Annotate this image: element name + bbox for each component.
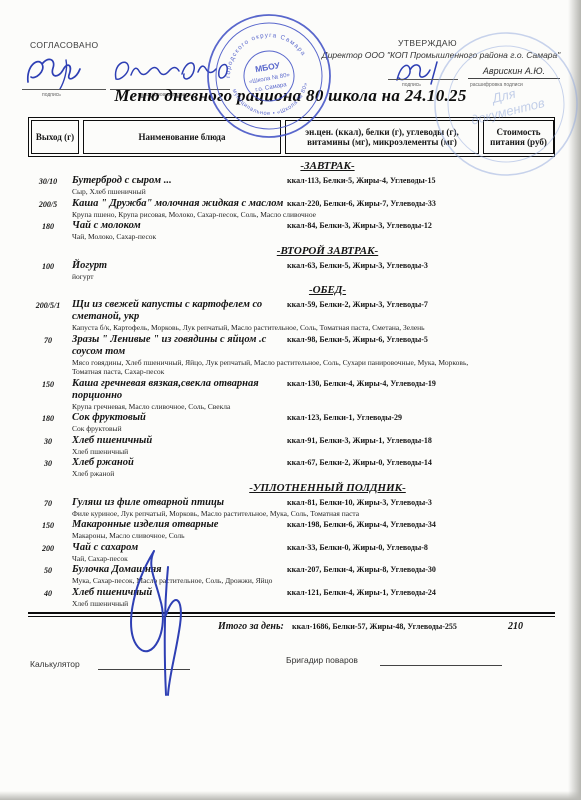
row-nutrition: ккал-123, Белки-1, Углеводы-29 xyxy=(287,413,551,423)
menu-row: 180 Сок фруктовый ккал-123, Белки-1, Угл… xyxy=(28,412,555,434)
menu-document: Выход (г) Наименование блюда эн.цен. (кк… xyxy=(28,117,555,701)
row-dish-name: Бутерброд с сыром ... xyxy=(72,175,284,187)
menu-row: 150 Каша гречневая вязкая,свекла отварна… xyxy=(28,378,555,412)
menu-row: 70 Зразы " Ленивые " из говядины с яйцом… xyxy=(28,334,555,377)
agreed-label: СОГЛАСОВАНО xyxy=(30,40,99,50)
menu-row: 180 Чай с молоком ккал-84, Белки-3, Жиры… xyxy=(28,220,555,242)
section-title: -ОБЕД- xyxy=(28,284,555,297)
row-output: 30 xyxy=(28,459,68,468)
svg-text:муниципальное • «Школа № 80»: муниципальное • «Школа № 80» xyxy=(230,76,314,124)
total-value: ккал-1686, Белки-57, Жиры-48, Углеводы-2… xyxy=(292,622,457,631)
row-output: 100 xyxy=(28,262,68,271)
row-nutrition: ккал-121, Белки-4, Жиры-1, Углеводы-24 xyxy=(287,588,551,598)
brigadier-sign-line xyxy=(380,665,502,666)
row-output: 30 xyxy=(28,437,68,446)
row-dish-name: Гуляш из филе отварной птицы xyxy=(72,497,284,509)
row-nutrition: ккал-33, Белки-0, Жиры-0, Углеводы-8 xyxy=(287,543,551,553)
stamp-center-city: г.о. Самара xyxy=(255,82,288,94)
row-ingredients: Мясо говядины, Хлеб пшеничный, Яйцо, Лук… xyxy=(72,358,474,377)
row-output: 200/5/1 xyxy=(28,301,68,310)
row-output: 50 xyxy=(28,566,68,575)
scanned-menu-page: СОГЛАСОВАНО подпись расшифровка подписи … xyxy=(0,0,581,800)
row-output: 70 xyxy=(28,499,68,508)
row-ingredients: Чай, Молоко, Сахар-песок xyxy=(72,232,474,242)
row-ingredients: йогурт xyxy=(72,272,474,282)
menu-row: 30 Хлеб пшеничный ккал-91, Белки-3, Жиры… xyxy=(28,435,555,457)
row-nutrition: ккал-220, Белки-6, Жиры-7, Углеводы-33 xyxy=(287,199,551,209)
footer-signatures: Калькулятор Бригадир поваров xyxy=(28,653,555,701)
row-ingredients: Крупа пшено, Крупа рисовая, Молоко, Саха… xyxy=(72,210,474,220)
row-ingredients: Макароны, Масло сливочное, Соль xyxy=(72,531,474,541)
total-label: Итого за день: xyxy=(218,621,284,632)
row-nutrition: ккал-81, Белки-10, Жиры-3, Углеводы-3 xyxy=(287,498,551,508)
row-dish-name: Хлеб ржаной xyxy=(72,457,284,469)
row-output: 70 xyxy=(28,336,68,345)
row-nutrition: ккал-59, Белки-2, Жиры-3, Углеводы-7 xyxy=(287,300,551,310)
row-dish-name: Щи из свежей капусты с картофелем со сме… xyxy=(72,299,284,323)
row-ingredients: Хлеб ржаной xyxy=(72,469,474,479)
row-output: 180 xyxy=(28,414,68,423)
row-dish-name: Макаронные изделия отварные xyxy=(72,519,284,531)
menu-body: -ЗАВТРАК- 30/10 Бутерброд с сыром ... кк… xyxy=(28,160,555,608)
menu-row: 150 Макаронные изделия отварные ккал-198… xyxy=(28,519,555,541)
row-ingredients: Крупа гречневая, Масло сливочное, Соль, … xyxy=(72,402,474,412)
row-nutrition: ккал-63, Белки-5, Жиры-3, Углеводы-3 xyxy=(287,261,551,271)
row-dish-name: Каша " Дружба" молочная жидкая с маслом xyxy=(72,198,284,210)
row-nutrition: ккал-130, Белки-4, Жиры-4, Углеводы-19 xyxy=(287,379,551,389)
row-nutrition: ккал-198, Белки-6, Жиры-4, Углеводы-34 xyxy=(287,520,551,530)
section-title: -ВТОРОЙ ЗАВТРАК- xyxy=(28,245,555,258)
row-dish-name: Чай с молоком xyxy=(72,220,284,232)
row-ingredients: Сок фруктовый xyxy=(72,424,474,434)
row-output: 30/10 xyxy=(28,177,68,186)
row-dish-name: Каша гречневая вязкая,свекла отварная по… xyxy=(72,378,284,402)
total-separator-line xyxy=(28,612,555,617)
calculator-signature-image xyxy=(118,545,198,715)
col-header-output: Выход (г) xyxy=(31,120,79,154)
row-output: 150 xyxy=(28,380,68,389)
stamp-center-org: МБОУ xyxy=(254,60,281,74)
row-nutrition: ккал-67, Белки-2, Жиры-0, Углеводы-14 xyxy=(287,458,551,468)
row-output: 40 xyxy=(28,589,68,598)
row-nutrition: ккал-84, Белки-3, Жиры-3, Углеводы-12 xyxy=(287,221,551,231)
row-dish-name: Хлеб пшеничный xyxy=(72,435,284,447)
stamp-ring-bottom-text: муниципальное • «Школа № 80» xyxy=(230,76,314,124)
row-dish-name: Йогурт xyxy=(72,260,284,272)
row-output: 200 xyxy=(28,544,68,553)
menu-row: 200/5 Каша " Дружба" молочная жидкая с м… xyxy=(28,198,555,220)
row-ingredients: Филе куриное, Лук репчатый, Морковь, Мас… xyxy=(72,509,474,519)
row-ingredients: Сыр, Хлеб пшеничный xyxy=(72,187,474,197)
row-ingredients: Капуста б/к, Картофель, Морковь, Лук реп… xyxy=(72,323,474,333)
menu-row: 70 Гуляш из филе отварной птицы ккал-81,… xyxy=(28,497,555,519)
menu-row: 50 Булочка Домашняя ккал-207, Белки-4, Ж… xyxy=(28,564,555,586)
menu-row: 200 Чай с сахаром ккал-33, Белки-0, Жиры… xyxy=(28,542,555,564)
row-nutrition: ккал-91, Белки-3, Жиры-1, Углеводы-18 xyxy=(287,436,551,446)
total-cost: 210 xyxy=(508,621,523,632)
row-output: 200/5 xyxy=(28,200,68,209)
school-round-stamp: городского округа Самара муниципальное •… xyxy=(193,0,346,152)
menu-row: 100 Йогурт ккал-63, Белки-5, Жиры-3, Угл… xyxy=(28,260,555,282)
row-output: 150 xyxy=(28,521,68,530)
row-output: 180 xyxy=(28,222,68,231)
row-nutrition: ккал-207, Белки-4, Жиры-8, Углеводы-30 xyxy=(287,565,551,575)
row-ingredients: Хлеб пшеничный xyxy=(72,447,474,457)
calculator-label: Калькулятор xyxy=(30,659,80,669)
brigadier-label: Бригадир поваров xyxy=(286,655,358,665)
total-row: Итого за день: ккал-1686, Белки-57, Жиры… xyxy=(28,621,555,639)
page-edge-bottom xyxy=(0,791,581,800)
section-title: -УПЛОТНЕННЫЙ ПОЛДНИК- xyxy=(28,482,555,495)
menu-row: 200/5/1 Щи из свежей капусты с картофеле… xyxy=(28,299,555,333)
row-dish-name: Зразы " Ленивые " из говядины с яйцом .с… xyxy=(72,334,284,358)
menu-row: 30 Хлеб ржаной ккал-67, Белки-2, Жиры-0,… xyxy=(28,457,555,479)
menu-row: 40 Хлеб пшеничный ккал-121, Белки-4, Жир… xyxy=(28,587,555,609)
row-nutrition: ккал-98, Белки-5, Жиры-6, Углеводы-5 xyxy=(287,335,551,345)
row-dish-name: Сок фруктовый xyxy=(72,412,284,424)
